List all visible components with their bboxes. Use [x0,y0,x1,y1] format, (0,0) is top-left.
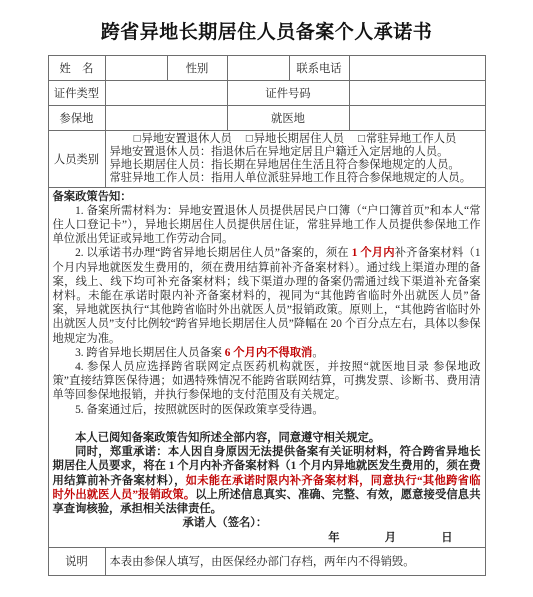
person-category-cell: □异地安置退休人员□异地长期居住人员□常驻异地工作人员 异地安置退休人员：指退休… [105,131,485,188]
insured-place-input-cell[interactable] [105,106,227,131]
policy-text: 年 月 日 [328,532,452,544]
person-category-definition: 异地长期居住人员：指长期在异地居住生活且符合参保地规定的人员。 [110,159,481,172]
table-row: 参保地 就医地 [48,106,485,131]
person-category-options: □异地安置退休人员□异地长期居住人员□常驻异地工作人员 [110,133,481,146]
blank-line [53,417,481,431]
gender-input-cell[interactable] [227,56,289,81]
phone-input-cell[interactable] [349,56,485,81]
table-row: 人员类别 □异地安置退休人员□异地长期居住人员□常驻异地工作人员 异地安置退休人… [48,131,485,188]
id-type-input-cell[interactable] [105,81,227,106]
table-row: 说明 本表由参保人填写，由医保经办部门存档，两年内不得销毁。 [48,547,485,575]
person-category-definitions: 异地安置退休人员：指退休后在异地定居且户籍迁入定居地的人员。异地长期居住人员：指… [110,146,481,185]
policy-text: 3. 跨省异地长期居住人员备案 [75,347,225,359]
policy-text: 补齐备案材料（1 个月内异地就医发生费用的，须在费用结算前补齐备案材料）。通过线… [53,247,481,344]
policy-heading: 备案政策告知： [53,190,481,204]
commitment-read-statement: 本人已阅知备案政策告知所述全部内容，同意遵守相关规定。 [53,431,481,445]
document-page: 跨省异地长期居住人员备案个人承诺书 姓 名 性别 联系电话 证件类型 证件号码 … [0,0,533,597]
policy-item-5: 5. 备案通过后，按照就医时的医保政策享受待遇。 [53,403,481,417]
policy-item-4: 4. 参保人员应选择跨省联网定点医药机构就医，并按照“就医地目录 参保地政策”直… [53,360,481,403]
gender-label: 性别 [167,56,227,81]
id-type-label: 证件类型 [48,81,105,106]
checkbox-icon[interactable]: □ [134,133,141,145]
person-category-definition: 常驻异地工作人员：指用人单位派驻异地工作且符合参保地规定的人员。 [110,172,481,185]
policy-cell: 备案政策告知：1. 备案所需材料为：异地安置退休人员提供居民户口簿（“户口簿首页… [48,187,485,547]
checkbox-icon[interactable]: □ [246,133,253,145]
red-emphasis-text: 6 个月内不得取消 [225,347,313,359]
policy-text: 2. 以承诺书办理“跨省异地长期居住人员”备案的，须在 [75,247,352,259]
person-category-option[interactable]: □异地长期居住人员 [246,133,344,145]
name-input-cell[interactable] [105,56,167,81]
phone-label: 联系电话 [289,56,349,81]
policy-text: 备案政策告知： [53,191,132,203]
date-line: 年 月 日 [53,531,481,545]
table-row: 姓 名 性别 联系电话 [48,56,485,81]
person-category-label: 人员类别 [48,131,105,188]
table-row: 证件类型 证件号码 [48,81,485,106]
person-category-option-label: 常驻异地工作人员 [366,133,456,145]
policy-text: 本人已阅知备案政策告知所述全部内容，同意遵守相关规定。 [75,432,380,444]
id-number-input-cell[interactable] [349,81,485,106]
treatment-place-input-cell[interactable] [349,106,485,131]
form-table: 姓 名 性别 联系电话 证件类型 证件号码 参保地 就医地 人员类别 □异地安置… [48,55,486,576]
policy-text: 1. 备案所需材料为：异地安置退休人员提供居民户口簿（“户口簿首页”和本人“常住… [53,205,481,245]
page-title: 跨省异地长期居住人员备案个人承诺书 [0,17,533,44]
insured-place-label: 参保地 [48,106,105,131]
policy-text: 4. 参保人员应选择跨省联网定点医药机构就医，并按照“就医地目录 参保地政策”直… [53,361,481,401]
checkbox-icon[interactable]: □ [358,133,365,145]
policy-item-2: 2. 以承诺书办理“跨省异地长期居住人员”备案的，须在 1 个月内补齐备案材料（… [53,246,481,345]
policy-item-3: 3. 跨省异地长期居住人员备案 6 个月内不得取消。 [53,346,481,360]
note-text: 本表由参保人填写，由医保经办部门存档，两年内不得销毁。 [105,547,485,575]
policy-text: 。 [312,347,323,359]
commitment-promise-statement: 同时，郑重承诺：本人因自身原因无法提供备案有关证明材料，符合跨省异地长期居住人员… [53,445,481,516]
signature-line: 承诺人（签名）： [53,516,481,530]
policy-item-1: 1. 备案所需材料为：异地安置退休人员提供居民户口簿（“户口簿首页”和本人“常住… [53,204,481,247]
note-label: 说明 [48,547,105,575]
person-category-option[interactable]: □常驻异地工作人员 [358,133,456,145]
table-row: 备案政策告知：1. 备案所需材料为：异地安置退休人员提供居民户口簿（“户口簿首页… [48,187,485,547]
id-number-label: 证件号码 [227,81,349,106]
name-label: 姓 名 [48,56,105,81]
person-category-option-label: 异地安置退休人员 [142,133,232,145]
policy-text: 5. 备案通过后，按照就医时的医保政策享受待遇。 [75,404,324,416]
policy-text: 承诺人（签名）： [183,517,268,529]
person-category-option[interactable]: □异地安置退休人员 [134,133,232,145]
person-category-option-label: 异地长期居住人员 [254,133,344,145]
red-emphasis-text: 1 个月内 [352,247,395,259]
policy-content: 备案政策告知：1. 备案所需材料为：异地安置退休人员提供居民户口簿（“户口簿首页… [53,190,481,545]
treatment-place-label: 就医地 [227,106,349,131]
person-category-definition: 异地安置退休人员：指退休后在异地定居且户籍迁入定居地的人员。 [110,146,481,159]
